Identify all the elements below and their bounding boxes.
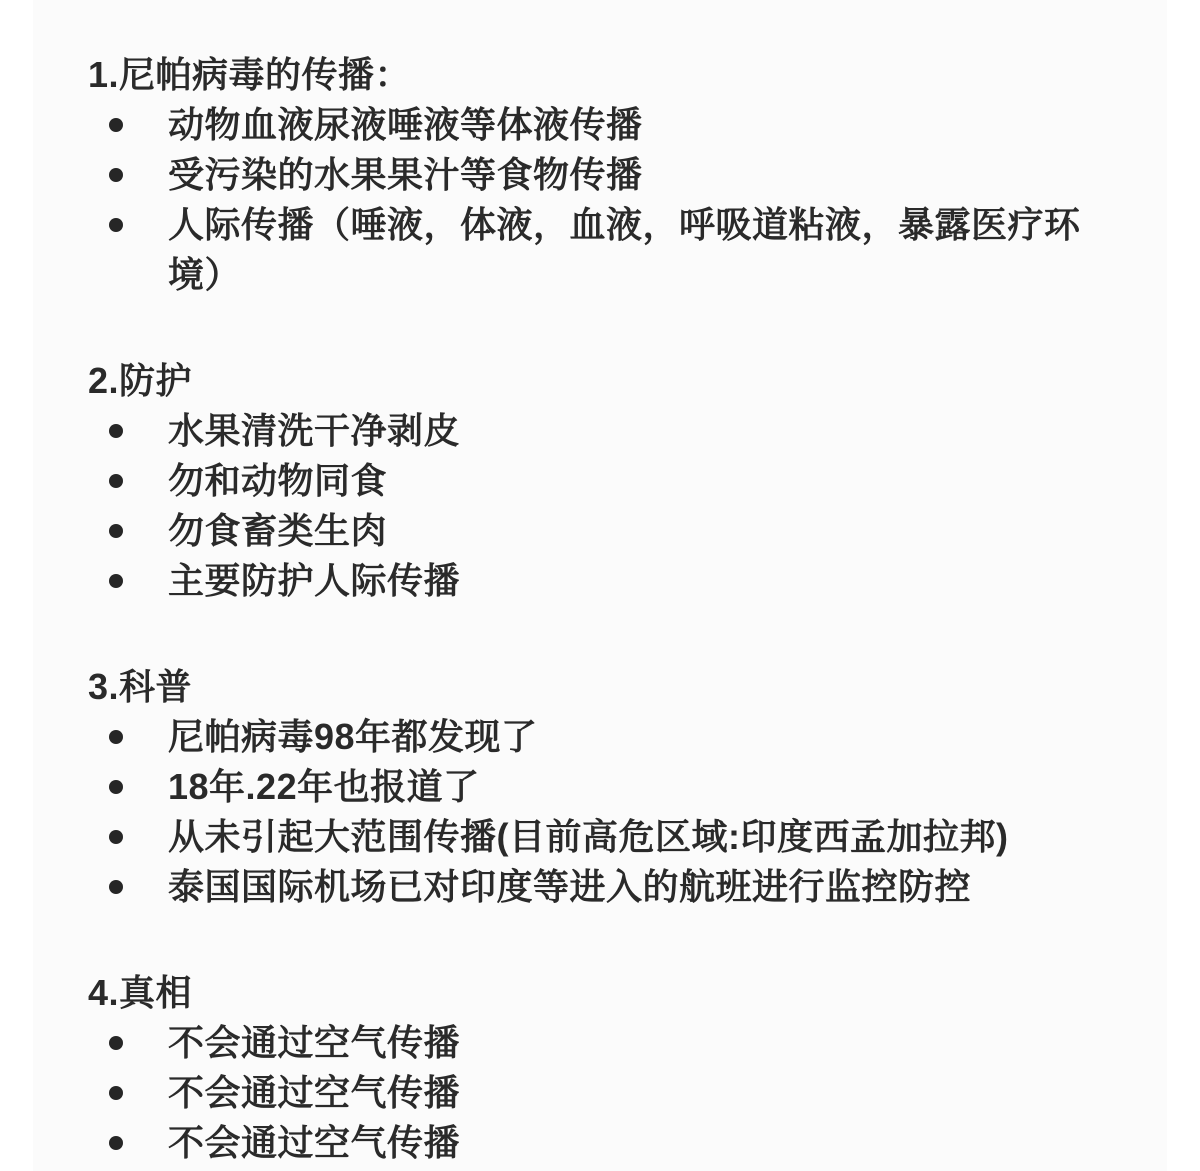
section-heading: 2.防护 <box>88 356 1137 406</box>
list-item: 18年.22年也报道了 <box>88 762 1137 812</box>
section: 4.真相不会通过空气传播不会通过空气传播不会通过空气传播 <box>88 968 1137 1168</box>
list-item: 主要防护人际传播 <box>88 556 1137 606</box>
bullet-text: 主要防护人际传播 <box>168 556 460 606</box>
bullet-text: 从未引起大范围传播(目前高危区域:印度西孟加拉邦) <box>168 812 1008 862</box>
list-item: 人际传播（唾液，体液，血液，呼吸道粘液，暴露医疗环境） <box>88 200 1137 300</box>
bullet-icon <box>88 200 168 300</box>
section: 2.防护水果清洗干净剥皮勿和动物同食勿食畜类生肉主要防护人际传播 <box>88 356 1137 606</box>
list-item: 不会通过空气传播 <box>88 1068 1137 1118</box>
bullet-icon <box>88 150 168 200</box>
section: 1.尼帕病毒的传播：动物血液尿液唾液等体液传播受污染的水果果汁等食物传播人际传播… <box>88 50 1137 300</box>
bullet-list: 不会通过空气传播不会通过空气传播不会通过空气传播 <box>88 1018 1137 1168</box>
bullet-icon <box>88 100 168 150</box>
list-item: 勿食畜类生肉 <box>88 506 1137 556</box>
note-page: 1.尼帕病毒的传播：动物血液尿液唾液等体液传播受污染的水果果汁等食物传播人际传播… <box>0 0 1200 1171</box>
list-item: 动物血液尿液唾液等体液传播 <box>88 100 1137 150</box>
list-item: 不会通过空气传播 <box>88 1018 1137 1068</box>
bullet-list: 动物血液尿液唾液等体液传播受污染的水果果汁等食物传播人际传播（唾液，体液，血液，… <box>88 100 1137 300</box>
list-item: 从未引起大范围传播(目前高危区域:印度西孟加拉邦) <box>88 812 1137 862</box>
list-item: 勿和动物同食 <box>88 456 1137 506</box>
bullet-text: 勿和动物同食 <box>168 456 387 506</box>
section-heading: 1.尼帕病毒的传播： <box>88 50 1137 100</box>
bullet-text: 不会通过空气传播 <box>168 1068 460 1118</box>
bullet-text: 水果清洗干净剥皮 <box>168 406 460 456</box>
bullet-list: 尼帕病毒98年都发现了18年.22年也报道了从未引起大范围传播(目前高危区域:印… <box>88 712 1137 912</box>
section-heading: 4.真相 <box>88 968 1137 1018</box>
bullet-icon <box>88 812 168 862</box>
bullet-icon <box>88 506 168 556</box>
bullet-icon <box>88 1118 168 1168</box>
bullet-text: 18年.22年也报道了 <box>168 762 480 812</box>
list-item: 水果清洗干净剥皮 <box>88 406 1137 456</box>
bullet-icon <box>88 862 168 912</box>
bullet-icon <box>88 1018 168 1068</box>
bullet-icon <box>88 456 168 506</box>
list-item: 尼帕病毒98年都发现了 <box>88 712 1137 762</box>
bullet-text: 动物血液尿液唾液等体液传播 <box>168 100 643 150</box>
bullet-text: 不会通过空气传播 <box>168 1118 460 1168</box>
bullet-icon <box>88 712 168 762</box>
list-item: 不会通过空气传播 <box>88 1118 1137 1168</box>
bullet-icon <box>88 1068 168 1118</box>
bullet-text: 受污染的水果果汁等食物传播 <box>168 150 643 200</box>
bullet-text: 尼帕病毒98年都发现了 <box>168 712 538 762</box>
bullet-text: 泰国国际机场已对印度等进入的航班进行监控防控 <box>168 862 971 912</box>
section: 3.科普尼帕病毒98年都发现了18年.22年也报道了从未引起大范围传播(目前高危… <box>88 662 1137 912</box>
section-heading: 3.科普 <box>88 662 1137 712</box>
bullet-icon <box>88 406 168 456</box>
bullet-list: 水果清洗干净剥皮勿和动物同食勿食畜类生肉主要防护人际传播 <box>88 406 1137 606</box>
list-item: 受污染的水果果汁等食物传播 <box>88 150 1137 200</box>
bullet-text: 勿食畜类生肉 <box>168 506 387 556</box>
bullet-text: 人际传播（唾液，体液，血液，呼吸道粘液，暴露医疗环境） <box>168 200 1100 300</box>
bullet-icon <box>88 762 168 812</box>
bullet-text: 不会通过空气传播 <box>168 1018 460 1068</box>
list-item: 泰国国际机场已对印度等进入的航班进行监控防控 <box>88 862 1137 912</box>
note-content: 1.尼帕病毒的传播：动物血液尿液唾液等体液传播受污染的水果果汁等食物传播人际传播… <box>33 0 1167 1171</box>
bullet-icon <box>88 556 168 606</box>
